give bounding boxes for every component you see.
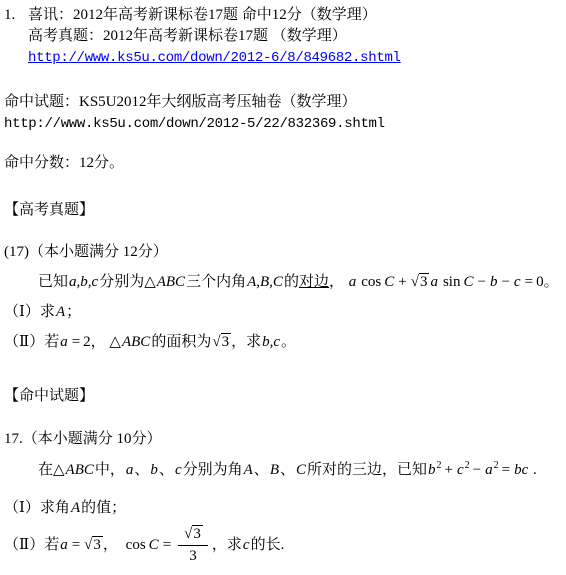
document-page: { "page": { "background": "#ffffff", "te… bbox=[0, 0, 566, 575]
section-heading-real-exam: 【高考真题】 bbox=[4, 200, 560, 221]
hit-question-part-two: （Ⅱ）若a=√3， cosC=√33，求c的长. bbox=[4, 525, 560, 566]
hit-score-line: 命中分数：12分。 bbox=[4, 153, 560, 174]
real-exam-question-number: (17)（本小题满分 12分） bbox=[4, 242, 560, 263]
hit-question-stem: 在△ABC中，a、b、c分别为角A、B、C所对的三边，已知b2+c2−a2=bc… bbox=[4, 458, 560, 482]
real-exam-question-stem: 已知a,b,c分别为△ABC三个内角A,B,C的对边， acosC+√3asin… bbox=[4, 269, 560, 296]
section-heading-hit-question: 【命中试题】 bbox=[4, 386, 560, 407]
real-exam-part-two: （Ⅱ）若a=2， △ABC的面积为√3，求b,c。 bbox=[4, 332, 560, 353]
hit-question-number: 17.（本小题满分 10分） bbox=[4, 429, 560, 450]
news-headline: 喜讯：2012年高考新课标卷17题 命中12分（数学理） bbox=[28, 5, 560, 26]
exam-download-link[interactable]: http://www.ks5u.com/down/2012-6/8/849682… bbox=[28, 50, 401, 66]
hit-paper-url: http://www.ks5u.com/down/2012-5/22/83236… bbox=[4, 114, 560, 135]
news-item: 1. 喜讯：2012年高考新课标卷17题 命中12分（数学理） 高考真题：201… bbox=[4, 5, 560, 69]
real-exam-part-one: （Ⅰ）求A； bbox=[4, 302, 560, 323]
exam-link-line: http://www.ks5u.com/down/2012-6/8/849682… bbox=[28, 47, 560, 69]
exam-source-line: 高考真题：2012年高考新课标卷17题 （数学理） bbox=[28, 26, 560, 47]
hit-paper-line: 命中试题：KS5U2012年大纲版高考压轴卷（数学理） bbox=[4, 92, 560, 113]
hit-question-part-one: （Ⅰ）求角A的值； bbox=[4, 498, 560, 519]
list-number: 1. bbox=[4, 5, 28, 26]
news-item-body: 喜讯：2012年高考新课标卷17题 命中12分（数学理） 高考真题：2012年高… bbox=[28, 5, 560, 69]
